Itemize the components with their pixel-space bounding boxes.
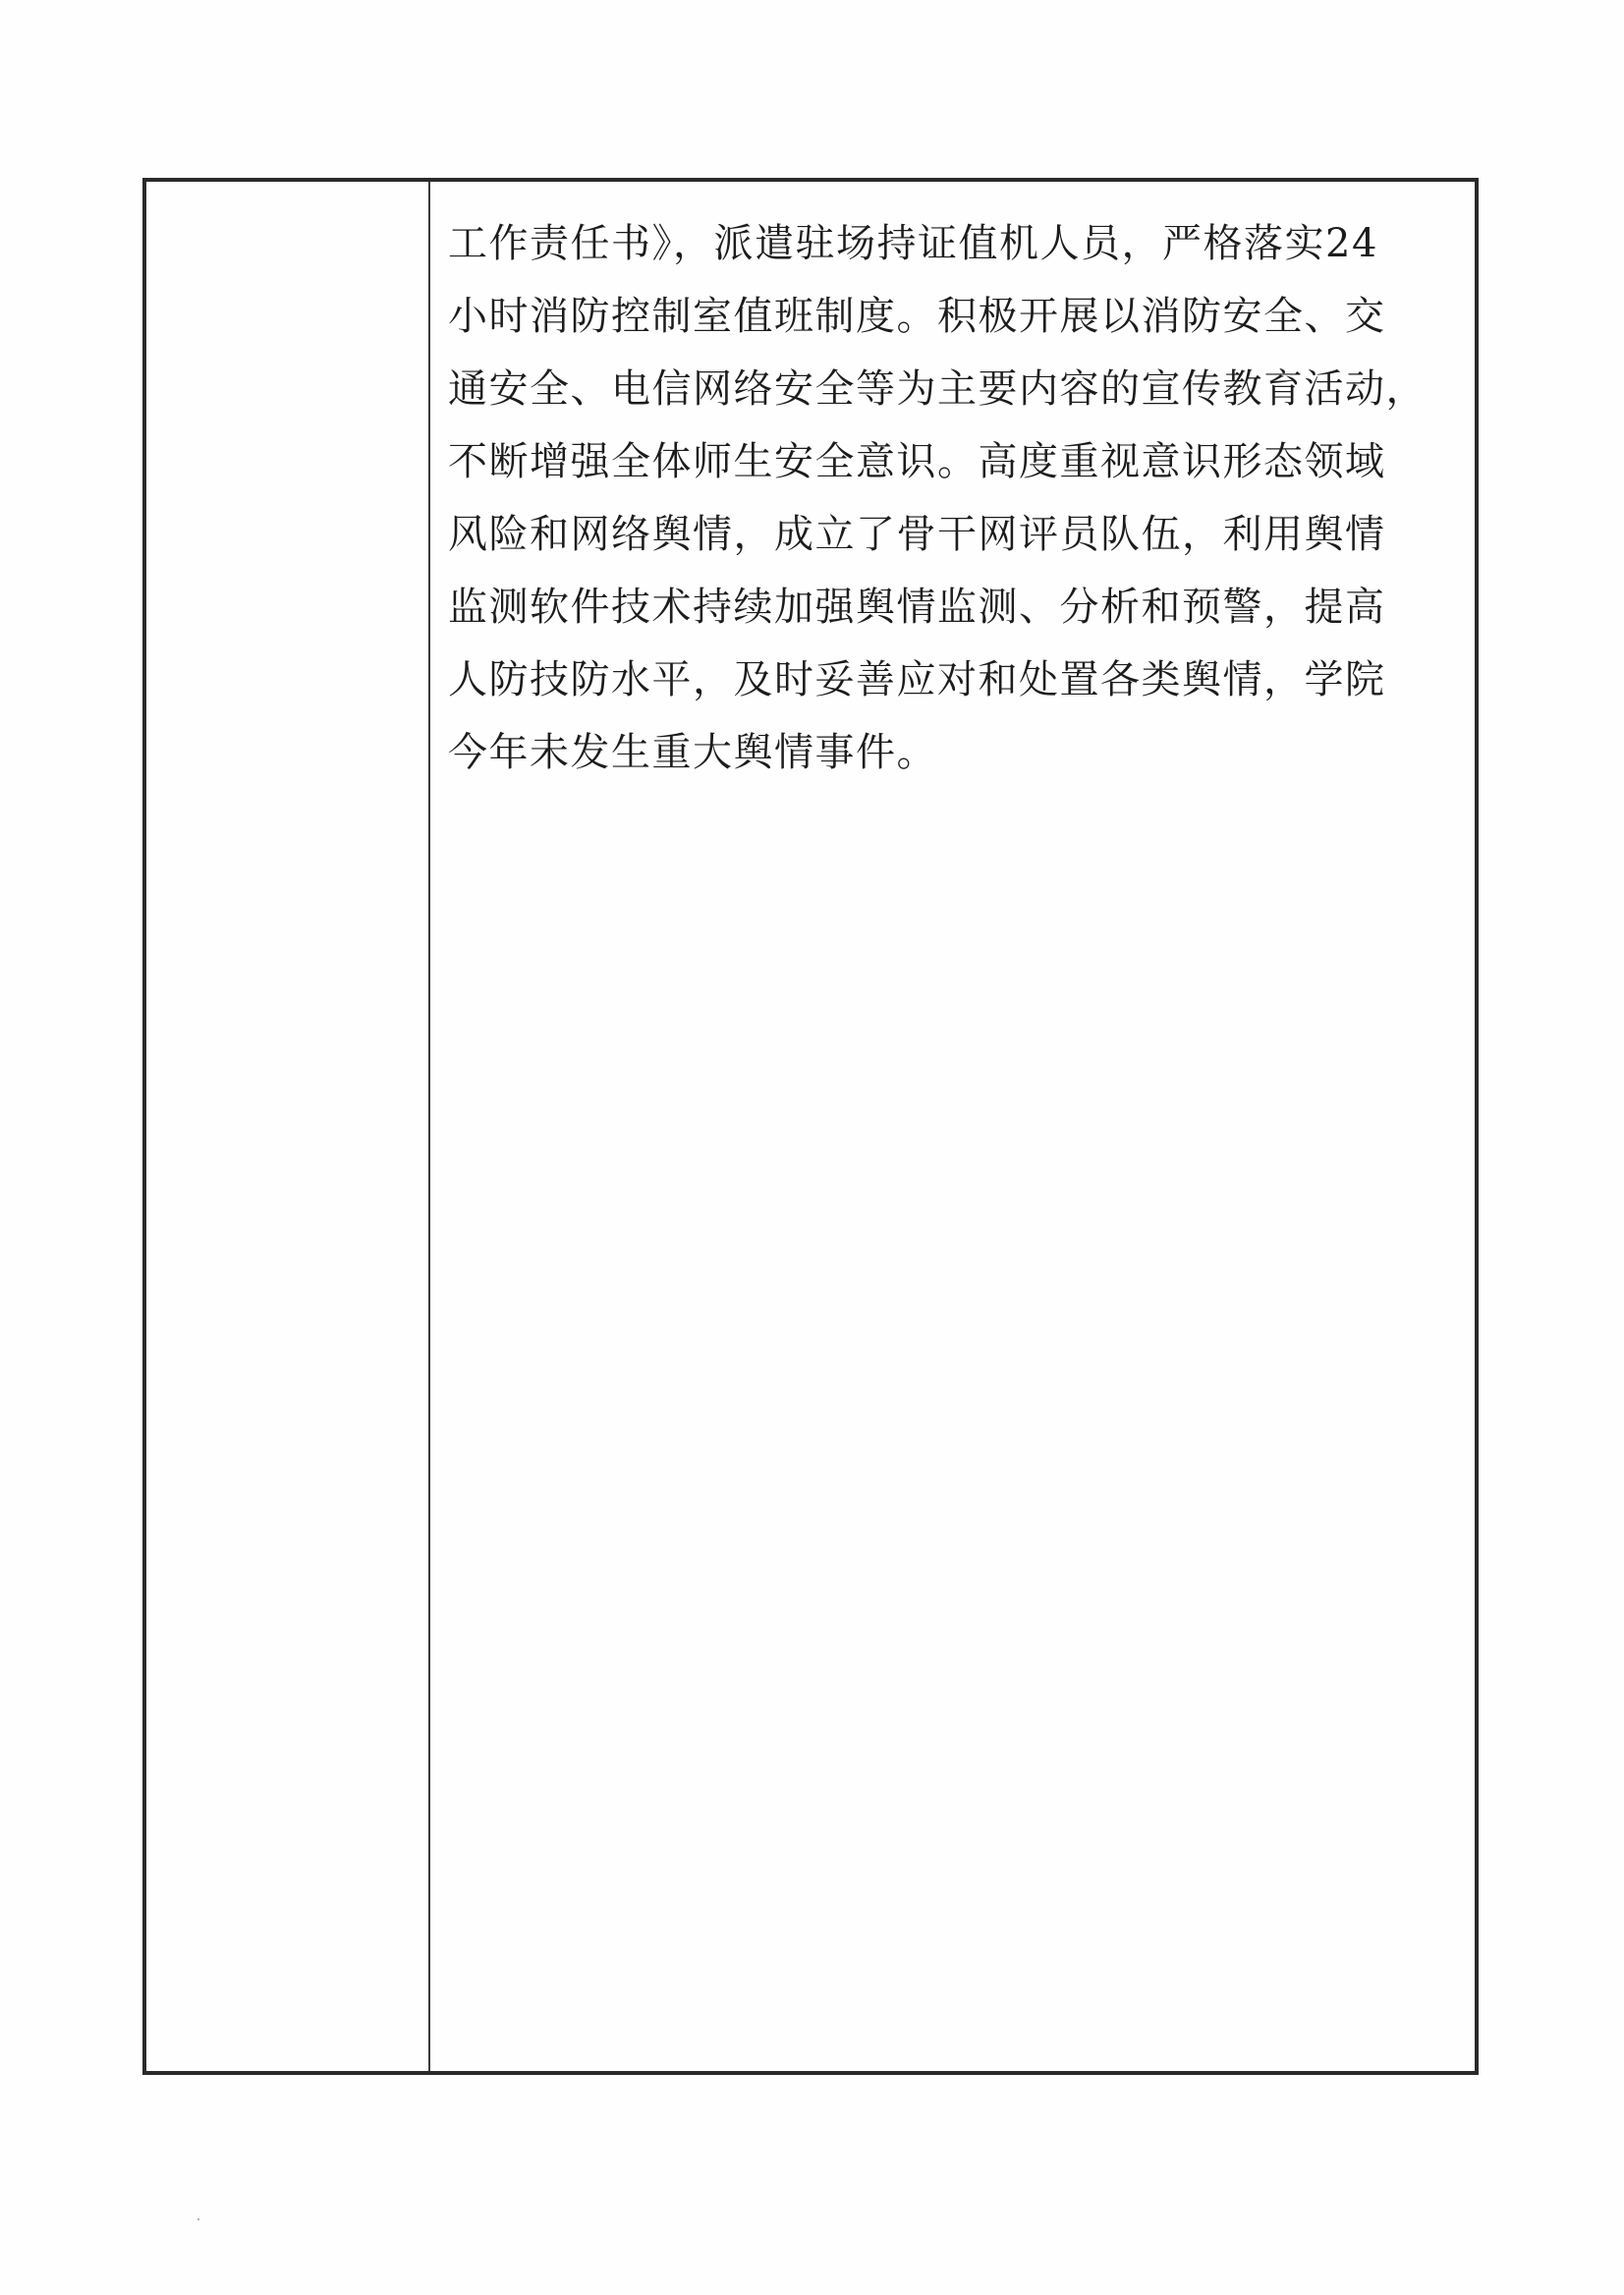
text-line: 今年未发生重大舆情事件。 [448,716,1470,789]
body-paragraph: 工作责任书》，派遣驻场持证值机人员，严格落实24 小时消防控制室值班制度。积极开… [448,207,1470,789]
text-line: 风险和网络舆情，成立了骨干网评员队伍，利用舆情 [448,498,1470,571]
text-line: 人防技防水平，及时妥善应对和处置各类舆情，学院 [448,644,1470,716]
scan-speck [197,2218,199,2220]
document-table: 工作责任书》，派遣驻场持证值机人员，严格落实24 小时消防控制室值班制度。积极开… [142,178,1479,2075]
text-line: 工作责任书》，派遣驻场持证值机人员，严格落实24 [448,207,1470,280]
text-line: 监测软件技术持续加强舆情监测、分析和预警，提高 [448,571,1470,644]
text-line: 通安全、电信网络安全等为主要内容的宣传教育活动， [448,353,1470,425]
text-line: 小时消防控制室值班制度。积极开展以消防安全、交 [448,280,1470,353]
table-right-cell: 工作责任书》，派遣驻场持证值机人员，严格落实24 小时消防控制室值班制度。积极开… [430,182,1475,2071]
table-left-cell [146,182,430,2071]
text-line: 不断增强全体师生安全意识。高度重视意识形态领域 [448,425,1470,498]
